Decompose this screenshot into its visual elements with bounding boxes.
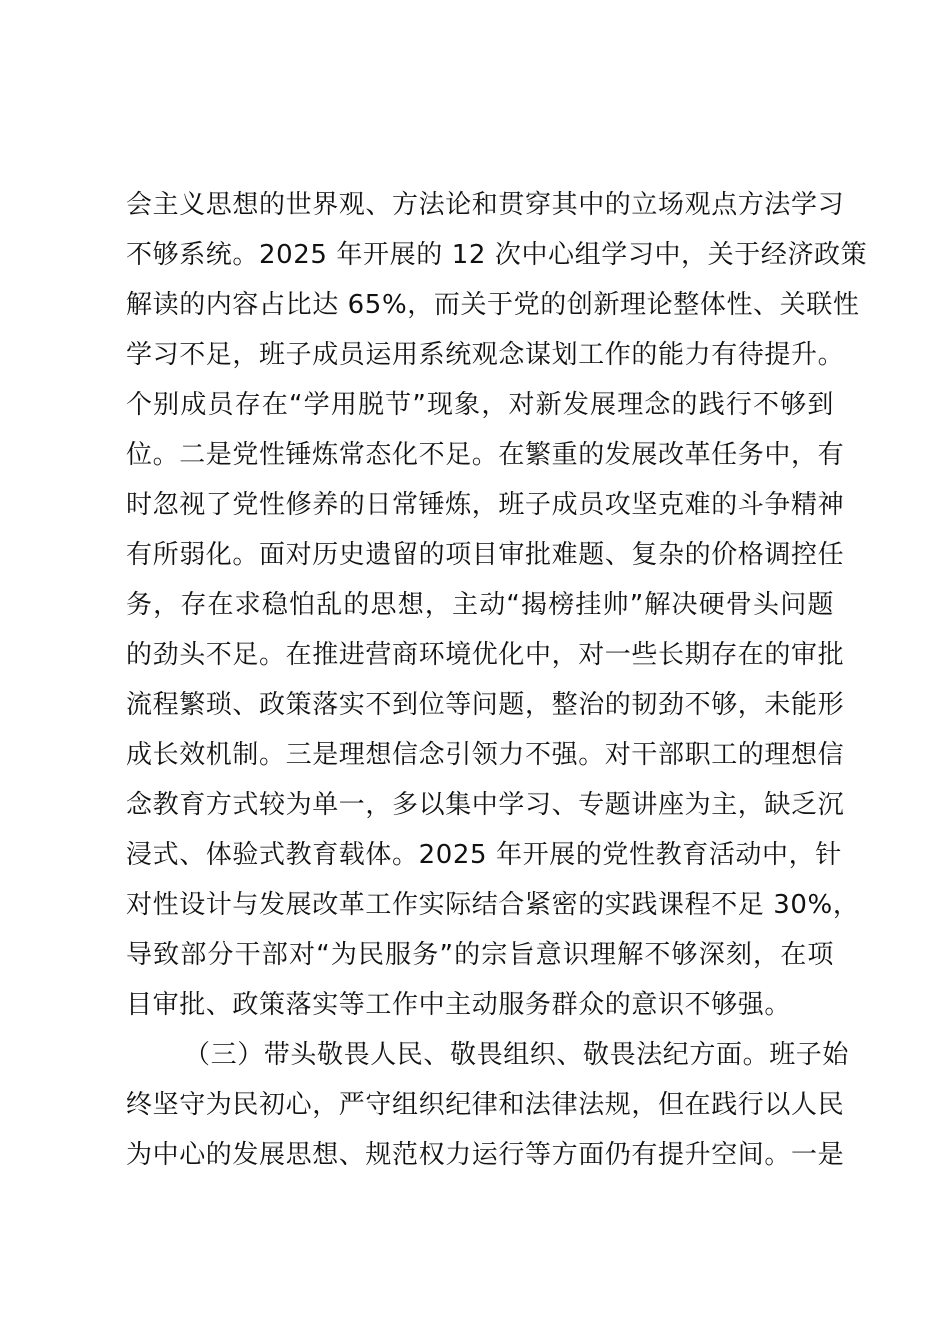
- text-line: 对性设计与发展改革工作实际结合紧密的实践课程不足 30%，: [126, 880, 834, 930]
- text-line: 有所弱化。面对历史遗留的项目审批难题、复杂的价格调控任: [126, 530, 834, 580]
- document-page: 会主义思想的世界观、方法论和贯穿其中的立场观点方法学习 不够系统。2025 年开…: [0, 0, 950, 1344]
- text-line: 学习不足，班子成员运用系统观念谋划工作的能力有待提升。: [126, 330, 834, 380]
- section-heading-line: （三）带头敬畏人民、敬畏组织、敬畏法纪方面。班子始: [184, 1030, 834, 1080]
- text-line: 个别成员存在“学用脱节”现象，对新发展理念的践行不够到: [126, 380, 834, 430]
- text-line: 浸式、体验式教育载体。2025 年开展的党性教育活动中，针: [126, 830, 834, 880]
- text-line: 会主义思想的世界观、方法论和贯穿其中的立场观点方法学习: [126, 180, 834, 230]
- text-line: 时忽视了党性修养的日常锤炼，班子成员攻坚克难的斗争精神: [126, 480, 834, 530]
- text-line: 的劲头不足。在推进营商环境优化中，对一些长期存在的审批: [126, 630, 834, 680]
- text-line: 流程繁琐、政策落实不到位等问题，整治的韧劲不够，未能形: [126, 680, 834, 730]
- text-line: 务，存在求稳怕乱的思想，主动“揭榜挂帅”解决硬骨头问题: [126, 580, 834, 630]
- text-line: 成长效机制。三是理想信念引领力不强。对干部职工的理想信: [126, 730, 834, 780]
- text-line: 念教育方式较为单一，多以集中学习、专题讲座为主，缺乏沉: [126, 780, 834, 830]
- paragraph-end-line: 目审批、政策落实等工作中主动服务群众的意识不够强。: [126, 980, 834, 1030]
- text-line: 不够系统。2025 年开展的 12 次中心组学习中，关于经济政策: [126, 230, 834, 280]
- text-line: 位。二是党性锤炼常态化不足。在繁重的发展改革任务中，有: [126, 430, 834, 480]
- text-line: 为中心的发展思想、规范权力运行等方面仍有提升空间。一是: [126, 1130, 834, 1180]
- text-line: 解读的内容占比达 65%，而关于党的创新理论整体性、关联性: [126, 280, 834, 330]
- text-line: 终坚守为民初心，严守组织纪律和法律法规，但在践行以人民: [126, 1080, 834, 1130]
- text-line: 导致部分干部对“为民服务”的宗旨意识理解不够深刻，在项: [126, 930, 834, 980]
